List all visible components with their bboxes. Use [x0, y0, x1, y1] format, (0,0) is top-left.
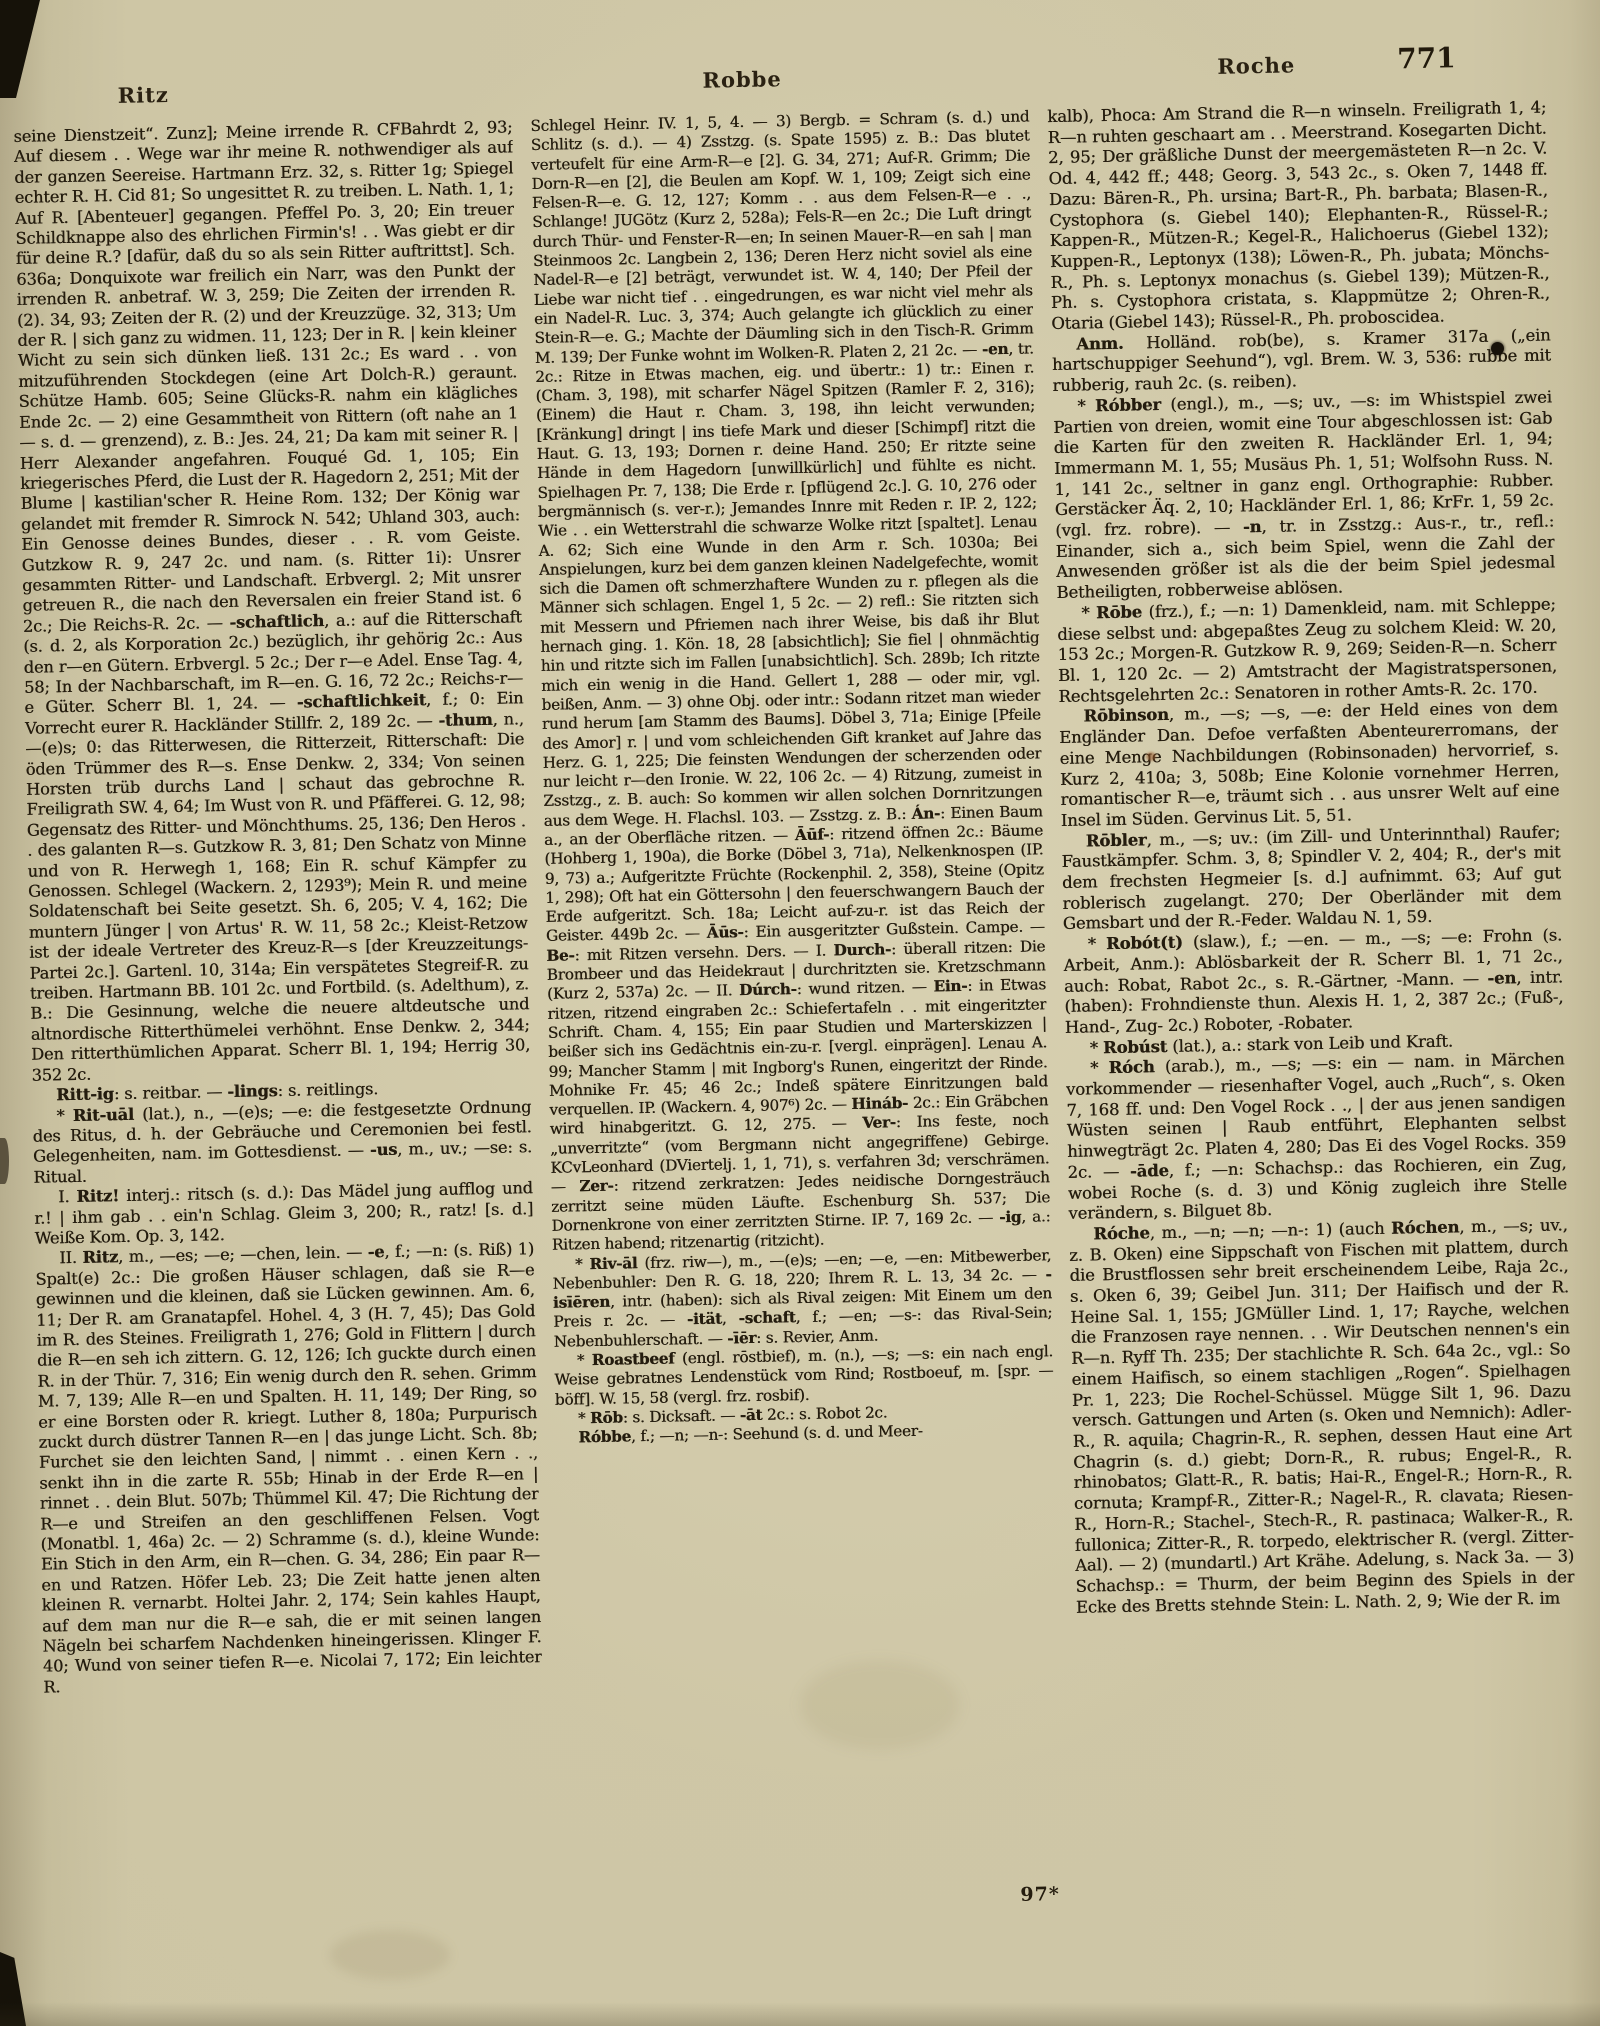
dictionary-column-3: kalb), Phoca: Am Strand die R—n winseln.…: [1047, 98, 1576, 1679]
entry-paragraph: I. Ritz! interj.: ritsch (s. d.): Das Mä…: [34, 1178, 534, 1249]
entry-text: : s. reitbar. —: [114, 1082, 228, 1103]
headword: Ritz!: [76, 1186, 119, 1206]
headword: -schaft: [738, 1309, 795, 1328]
entry-text: *: [1090, 1038, 1104, 1057]
headword: Rōbinson: [1083, 705, 1169, 726]
entry-text: Schlegel Heinr. IV. 1, 5, 4. — 3) Bergb.…: [530, 107, 1033, 366]
headword: Robót(t): [1106, 933, 1183, 953]
entry-text: : s. Dicksaft. —: [623, 1406, 740, 1426]
entry-paragraph: Anm. Holländ. rob(be), s. Kramer 317a („…: [1051, 325, 1551, 397]
headword: Ritz: [82, 1247, 118, 1267]
paper-stain: [800, 1660, 960, 1750]
dictionary-column-2: Schlegel Heinr. IV. 1, 5, 4. — 3) Bergb.…: [530, 107, 1059, 1688]
headword: Rōbler: [1086, 830, 1147, 850]
paper-stain: [330, 1930, 450, 1980]
entry-paragraph: * Rōbe (frz.), f.; —n: 1) Damenkleid, na…: [1057, 594, 1558, 707]
entry-text: II.: [59, 1248, 82, 1267]
headword: Roastbeef: [592, 1349, 675, 1369]
entry-paragraph: * Róbber (engl.), m., —s; uv., —s: im Wh…: [1053, 387, 1556, 604]
headword: -schaftlich: [229, 611, 324, 632]
entry-text: , n., —(e)s; 0: das Ritterwesen, die Rit…: [25, 709, 530, 1084]
entry-text: *: [1088, 934, 1107, 953]
headword: Róche: [1093, 1223, 1150, 1243]
entry-text: *: [1090, 1058, 1109, 1077]
headword: Āūf-: [795, 825, 830, 844]
headword: -āt: [740, 1406, 763, 1424]
entry-text: *: [1077, 396, 1095, 415]
headword: -us: [370, 1140, 398, 1160]
headword: Zer-: [579, 1177, 614, 1196]
scanned-dictionary-page: { "page": { "number": "771", "heads": { …: [0, 0, 1600, 2026]
headword: -lings: [227, 1081, 278, 1101]
scan-bottom-shadow: [0, 2002, 1600, 2026]
entry-paragraph: * Riv-āl (frz. riw—), m., —(e)s; —en; —e…: [552, 1246, 1053, 1352]
headword: Róbber: [1095, 395, 1161, 415]
headword: -thum: [438, 710, 492, 730]
headword: Róch: [1108, 1058, 1154, 1078]
entry-text: I.: [58, 1187, 77, 1206]
entry-paragraph: Róche, m., —n; —n; —n-: 1) (auch Róchen,…: [1069, 1215, 1575, 1618]
entry-text: , m., —n; —n; —n-: 1) (auch: [1150, 1219, 1392, 1243]
signature-mark: 97*: [1020, 1883, 1060, 1906]
entry-text: , f.; —n: (s. Riß) 1) Spalt(e) 2c.: Die …: [35, 1240, 542, 1697]
entry-paragraph: Rōbinson, m., —s; —s, —e: der Held eines…: [1059, 698, 1560, 832]
headword: -ig: [999, 1208, 1021, 1226]
headword: Rōb: [590, 1408, 623, 1427]
dictionary-column-1: seine Dienstzeit“. Zunz]; Meine irrende …: [13, 117, 542, 1698]
entry-text: seine Dienstzeit“. Zunz]; Meine irrende …: [13, 117, 521, 635]
headword: -ität: [687, 1310, 722, 1329]
entry-paragraph: * Robót(t) (slaw.), f.; —en. — m., —s; —…: [1063, 925, 1564, 1038]
entry-text: 2c.: s. Robot 2c.: [762, 1403, 887, 1423]
entry-paragraph: Rōbler, m., —s; uv.: (im Zill- und Unter…: [1061, 822, 1562, 935]
headword: Rit-uāl: [73, 1104, 135, 1124]
entry-text: *: [1081, 603, 1096, 622]
headword: Āūs-: [707, 924, 744, 943]
headword: Rōbe: [1096, 602, 1142, 622]
headword: Be-: [546, 946, 575, 965]
entry-text: : ritzend zerkratzen: Jedes neidische Do…: [551, 1169, 1050, 1235]
entry-text: *: [578, 1409, 590, 1427]
entry-paragraph: * Roastbeef (engl. rōstbief), m. (n.), —…: [554, 1342, 1054, 1409]
headword: -īēr: [727, 1329, 756, 1348]
headword: -e: [367, 1242, 384, 1261]
headword: -en: [1487, 968, 1516, 988]
entry-text: : wund ritzen. —: [796, 978, 933, 999]
headword: Robúst: [1103, 1037, 1167, 1057]
headword: Róbbe: [578, 1428, 631, 1447]
entry-text: *: [56, 1105, 73, 1124]
entry-text: , tr. 2c.: Ritze in Etwas machen, eig. u…: [535, 339, 1042, 830]
headword: Ritt-ig: [56, 1084, 114, 1104]
entry-text: kalb), Phoca: Am Strand die R—n winseln.…: [1047, 98, 1550, 334]
text-columns: seine Dienstzeit“. Zunz]; Meine irrende …: [13, 97, 1583, 1698]
page-number: 771: [1397, 41, 1456, 75]
scan-edge-artifact: [0, 1138, 9, 1184]
running-head-left: Ritz: [117, 82, 169, 108]
running-head-right: Roche: [1217, 52, 1295, 78]
headword: Durch-: [833, 940, 891, 959]
headword: Riv-āl: [589, 1254, 637, 1273]
paper-stain: [1146, 752, 1156, 761]
entry-text: : s. Revier, Anm.: [756, 1326, 878, 1346]
entry-text: , m., —s; uv., z. B. Oken) eine Sippscha…: [1069, 1215, 1575, 1616]
entry-text: Holländ. rob(be), s. Kramer 317a („ein h…: [1052, 325, 1551, 395]
entry-paragraph: seine Dienstzeit“. Zunz]; Meine irrende …: [13, 117, 530, 1085]
headword: Róchen: [1391, 1217, 1460, 1237]
running-head-center: Robbe: [702, 66, 782, 93]
headword: Ein-: [933, 977, 967, 996]
entry-paragraph: * Róch (arab.), m., —s; —s: ein — nam. i…: [1065, 1050, 1567, 1225]
headword: -en: [982, 339, 1009, 358]
entry-paragraph: II. Ritz, m., —es; —e; —chen, lein. — -e…: [35, 1240, 543, 1698]
entry-paragraph: kalb), Phoca: Am Strand die R—n winseln.…: [1047, 98, 1550, 335]
entry-paragraph: Schlegel Heinr. IV. 1, 5, 4. — 3) Bergb.…: [530, 107, 1051, 1255]
entry-text: ,: [722, 1310, 739, 1328]
entry-text: *: [577, 1351, 592, 1369]
headword: Anm.: [1076, 333, 1124, 353]
headword: Dúrch-: [739, 980, 797, 999]
headword: -āde: [1130, 1161, 1169, 1181]
headword: Ver-: [862, 1114, 896, 1133]
ink-dot: [1491, 342, 1504, 355]
headword: -n: [1243, 517, 1262, 536]
entry-text: : s. reitlings.: [277, 1079, 378, 1100]
entry-paragraph: * Rit-uāl (lat.), n., —(e)s; —e: die fes…: [32, 1097, 532, 1188]
headword: -schaftlichkeit: [297, 691, 427, 712]
headword: Hináb-: [851, 1094, 908, 1113]
entry-text: *: [575, 1255, 590, 1273]
headword: Án-: [911, 804, 940, 823]
